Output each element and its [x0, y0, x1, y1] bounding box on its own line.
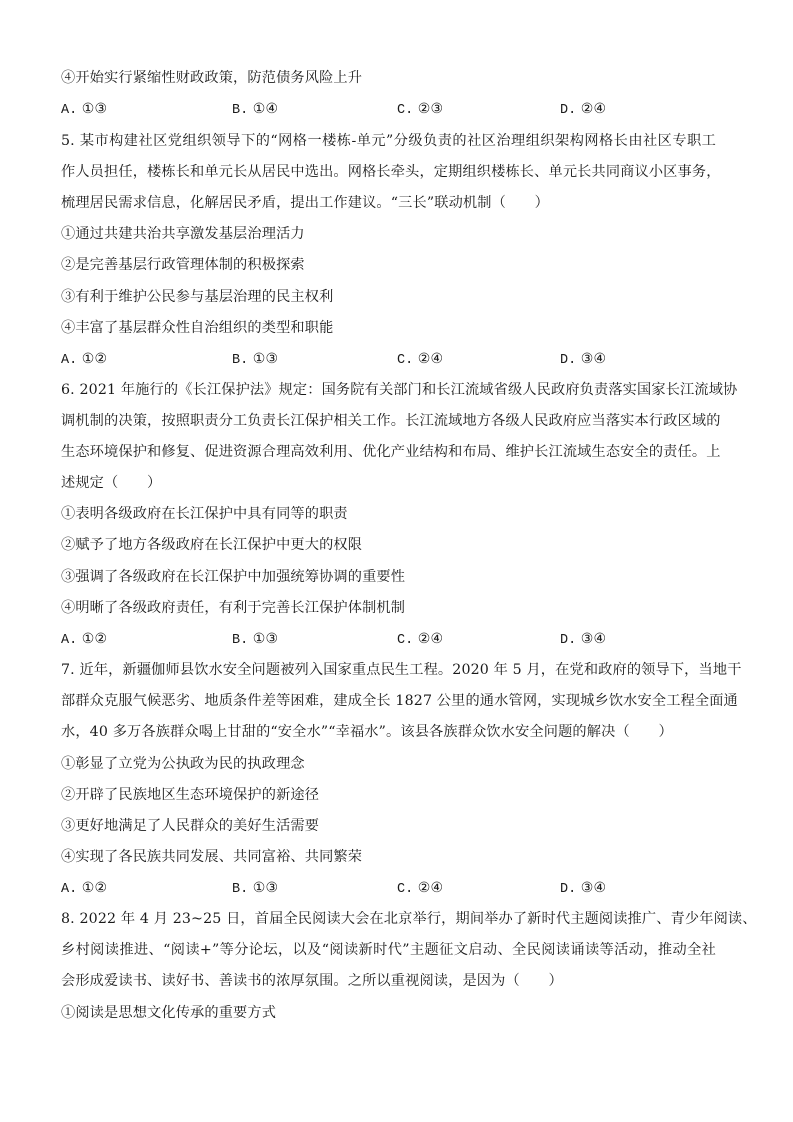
q7-choice-c[interactable]: C. ②④ — [397, 878, 443, 900]
q7-stem-line-2: 部群众克服气候恶劣、地质条件差等困难，建成全长 1827 公里的通水管网，实现城… — [61, 691, 716, 711]
q7-statement-2: ②开辟了民族地区生态环境保护的新途径 — [61, 785, 721, 805]
choice-value: ②④ — [581, 101, 606, 117]
choice-value: ①③ — [82, 101, 107, 117]
q6-statement-1: ①表明各级政府在长江保护中具有同等的职责 — [61, 504, 721, 524]
q5-choice-c[interactable]: C. ②④ — [397, 349, 443, 371]
q4-choice-d[interactable]: D. ②④ — [560, 99, 606, 121]
choice-letter: D. — [560, 633, 576, 648]
q7-choices: A. ①② B. ①③ C. ②④ D. ③④ — [61, 878, 721, 898]
q7-stem-line-1: 7. 近年，新疆伽师县饮水安全问题被列入国家重点民生工程。2020 年 5 月，… — [61, 660, 716, 680]
q4-choice-a[interactable]: A. ①③ — [61, 99, 107, 121]
q5-choices: A. ①② B. ①③ C. ②④ D. ③④ — [61, 349, 721, 369]
q8-statement-1: ①阅读是思想文化传承的重要方式 — [61, 1003, 721, 1023]
choice-letter: D. — [560, 882, 576, 897]
q5-stem-line-1: 5. 某市构建社区党组织领导下的“网格一楼栋-单元”分级负责的社区治理组织架构网… — [61, 131, 716, 151]
q6-choice-a[interactable]: A. ①② — [61, 629, 107, 651]
q6-choice-d[interactable]: D. ③④ — [560, 629, 606, 651]
choice-value: ②③ — [418, 101, 443, 117]
choice-letter: A. — [61, 633, 77, 648]
choice-value: ②④ — [418, 880, 443, 896]
q4-statement-4: ④开始实行紧缩性财政政策，防范债务风险上升 — [61, 68, 721, 88]
choice-letter: D. — [560, 353, 576, 368]
choice-letter: C. — [397, 103, 413, 118]
q6-statement-3: ③强调了各级政府在长江保护中加强统筹协调的重要性 — [61, 567, 721, 587]
choice-value: ②④ — [418, 631, 443, 647]
q7-statement-1: ①彰显了立党为公执政为民的执政理念 — [61, 754, 721, 774]
q6-choice-c[interactable]: C. ②④ — [397, 629, 443, 651]
q5-stem-line-2: 作人员担任，楼栋长和单元长从居民中选出。网格长牵头，定期组织楼栋长、单元长共同商… — [61, 162, 716, 182]
choice-value: ③④ — [581, 880, 606, 896]
choice-value: ①④ — [253, 101, 278, 117]
choice-letter: B. — [232, 353, 248, 368]
q6-stem-line-2: 调机制的决策，按照职责分工负责长江保护相关工作。长江流域地方各级人民政府应当落实… — [61, 411, 716, 431]
choice-value: ①② — [82, 880, 107, 896]
q5-statement-1: ①通过共建共治共享激发基层治理活力 — [61, 224, 721, 244]
choice-value: ③④ — [581, 631, 606, 647]
q4-choice-b[interactable]: B. ①④ — [232, 99, 278, 121]
q6-choices: A. ①② B. ①③ C. ②④ D. ③④ — [61, 629, 721, 649]
q6-stem-line-4: 述规定（ ） — [61, 473, 721, 493]
q6-choice-b[interactable]: B. ①③ — [232, 629, 278, 651]
q8-stem-line-3: 会形成爱读书、读好书、善读书的浓厚氛围。之所以重视阅读，是因为（ ） — [61, 971, 721, 991]
q5-statement-2: ②是完善基层行政管理体制的积极探索 — [61, 255, 721, 275]
choice-letter: B. — [232, 633, 248, 648]
q8-stem-line-1: 8. 2022 年 4 月 23~25 日，首届全民阅读大会在北京举行，期间举办… — [61, 909, 716, 929]
choice-letter: B. — [232, 882, 248, 897]
choice-value: ③④ — [581, 351, 606, 367]
q6-statement-2: ②赋予了地方各级政府在长江保护中更大的权限 — [61, 535, 721, 555]
q7-choice-d[interactable]: D. ③④ — [560, 878, 606, 900]
q5-statement-3: ③有利于维护公民参与基层治理的民主权利 — [61, 287, 721, 307]
q7-choice-b[interactable]: B. ①③ — [232, 878, 278, 900]
choice-letter: A. — [61, 882, 77, 897]
q7-choice-a[interactable]: A. ①② — [61, 878, 107, 900]
choice-letter: C. — [397, 353, 413, 368]
choice-letter: C. — [397, 633, 413, 648]
q5-choice-d[interactable]: D. ③④ — [560, 349, 606, 371]
q6-stem-line-1: 6. 2021 年施行的《长江保护法》规定：国务院有关部门和长江流域省级人民政府… — [61, 380, 716, 400]
q7-stem-line-3: 水，40 多万各族群众喝上甘甜的“安全水”“幸福水”。该县各族群众饮水安全问题的… — [61, 722, 721, 742]
q6-stem-line-3: 生态环境保护和修复、促进资源合理高效利用、优化产业结构和布局、维护长江流域生态安… — [61, 442, 716, 462]
choice-letter: B. — [232, 103, 248, 118]
q5-choice-b[interactable]: B. ①③ — [232, 349, 278, 371]
choice-letter: A. — [61, 353, 77, 368]
q5-statement-4: ④丰富了基层群众性自治组织的类型和职能 — [61, 318, 721, 338]
q5-stem-line-3: 梳理居民需求信息，化解居民矛盾，提出工作建议。“三长”联动机制（ ） — [61, 193, 721, 213]
choice-value: ②④ — [418, 351, 443, 367]
choice-value: ①③ — [253, 880, 278, 896]
choice-value: ①② — [82, 631, 107, 647]
q6-statement-4: ④明晰了各级政府责任，有利于完善长江保护体制机制 — [61, 598, 721, 618]
exam-page: ④开始实行紧缩性财政政策，防范债务风险上升 A. ①③ B. ①④ C. ②③ … — [0, 0, 793, 1122]
choice-letter: A. — [61, 103, 77, 118]
q8-stem-line-2: 乡村阅读推进、“阅读+”等分论坛，以及“阅读新时代”主题征文启动、全民阅读诵读等… — [61, 940, 716, 960]
q7-statement-3: ③更好地满足了人民群众的美好生活需要 — [61, 816, 721, 836]
q4-choice-c[interactable]: C. ②③ — [397, 99, 443, 121]
q5-choice-a[interactable]: A. ①② — [61, 349, 107, 371]
choice-value: ①③ — [253, 631, 278, 647]
choice-letter: C. — [397, 882, 413, 897]
q4-choices: A. ①③ B. ①④ C. ②③ D. ②④ — [61, 99, 721, 119]
choice-letter: D. — [560, 103, 576, 118]
choice-value: ①③ — [253, 351, 278, 367]
q7-statement-4: ④实现了各民族共同发展、共同富裕、共同繁荣 — [61, 847, 721, 867]
choice-value: ①② — [82, 351, 107, 367]
